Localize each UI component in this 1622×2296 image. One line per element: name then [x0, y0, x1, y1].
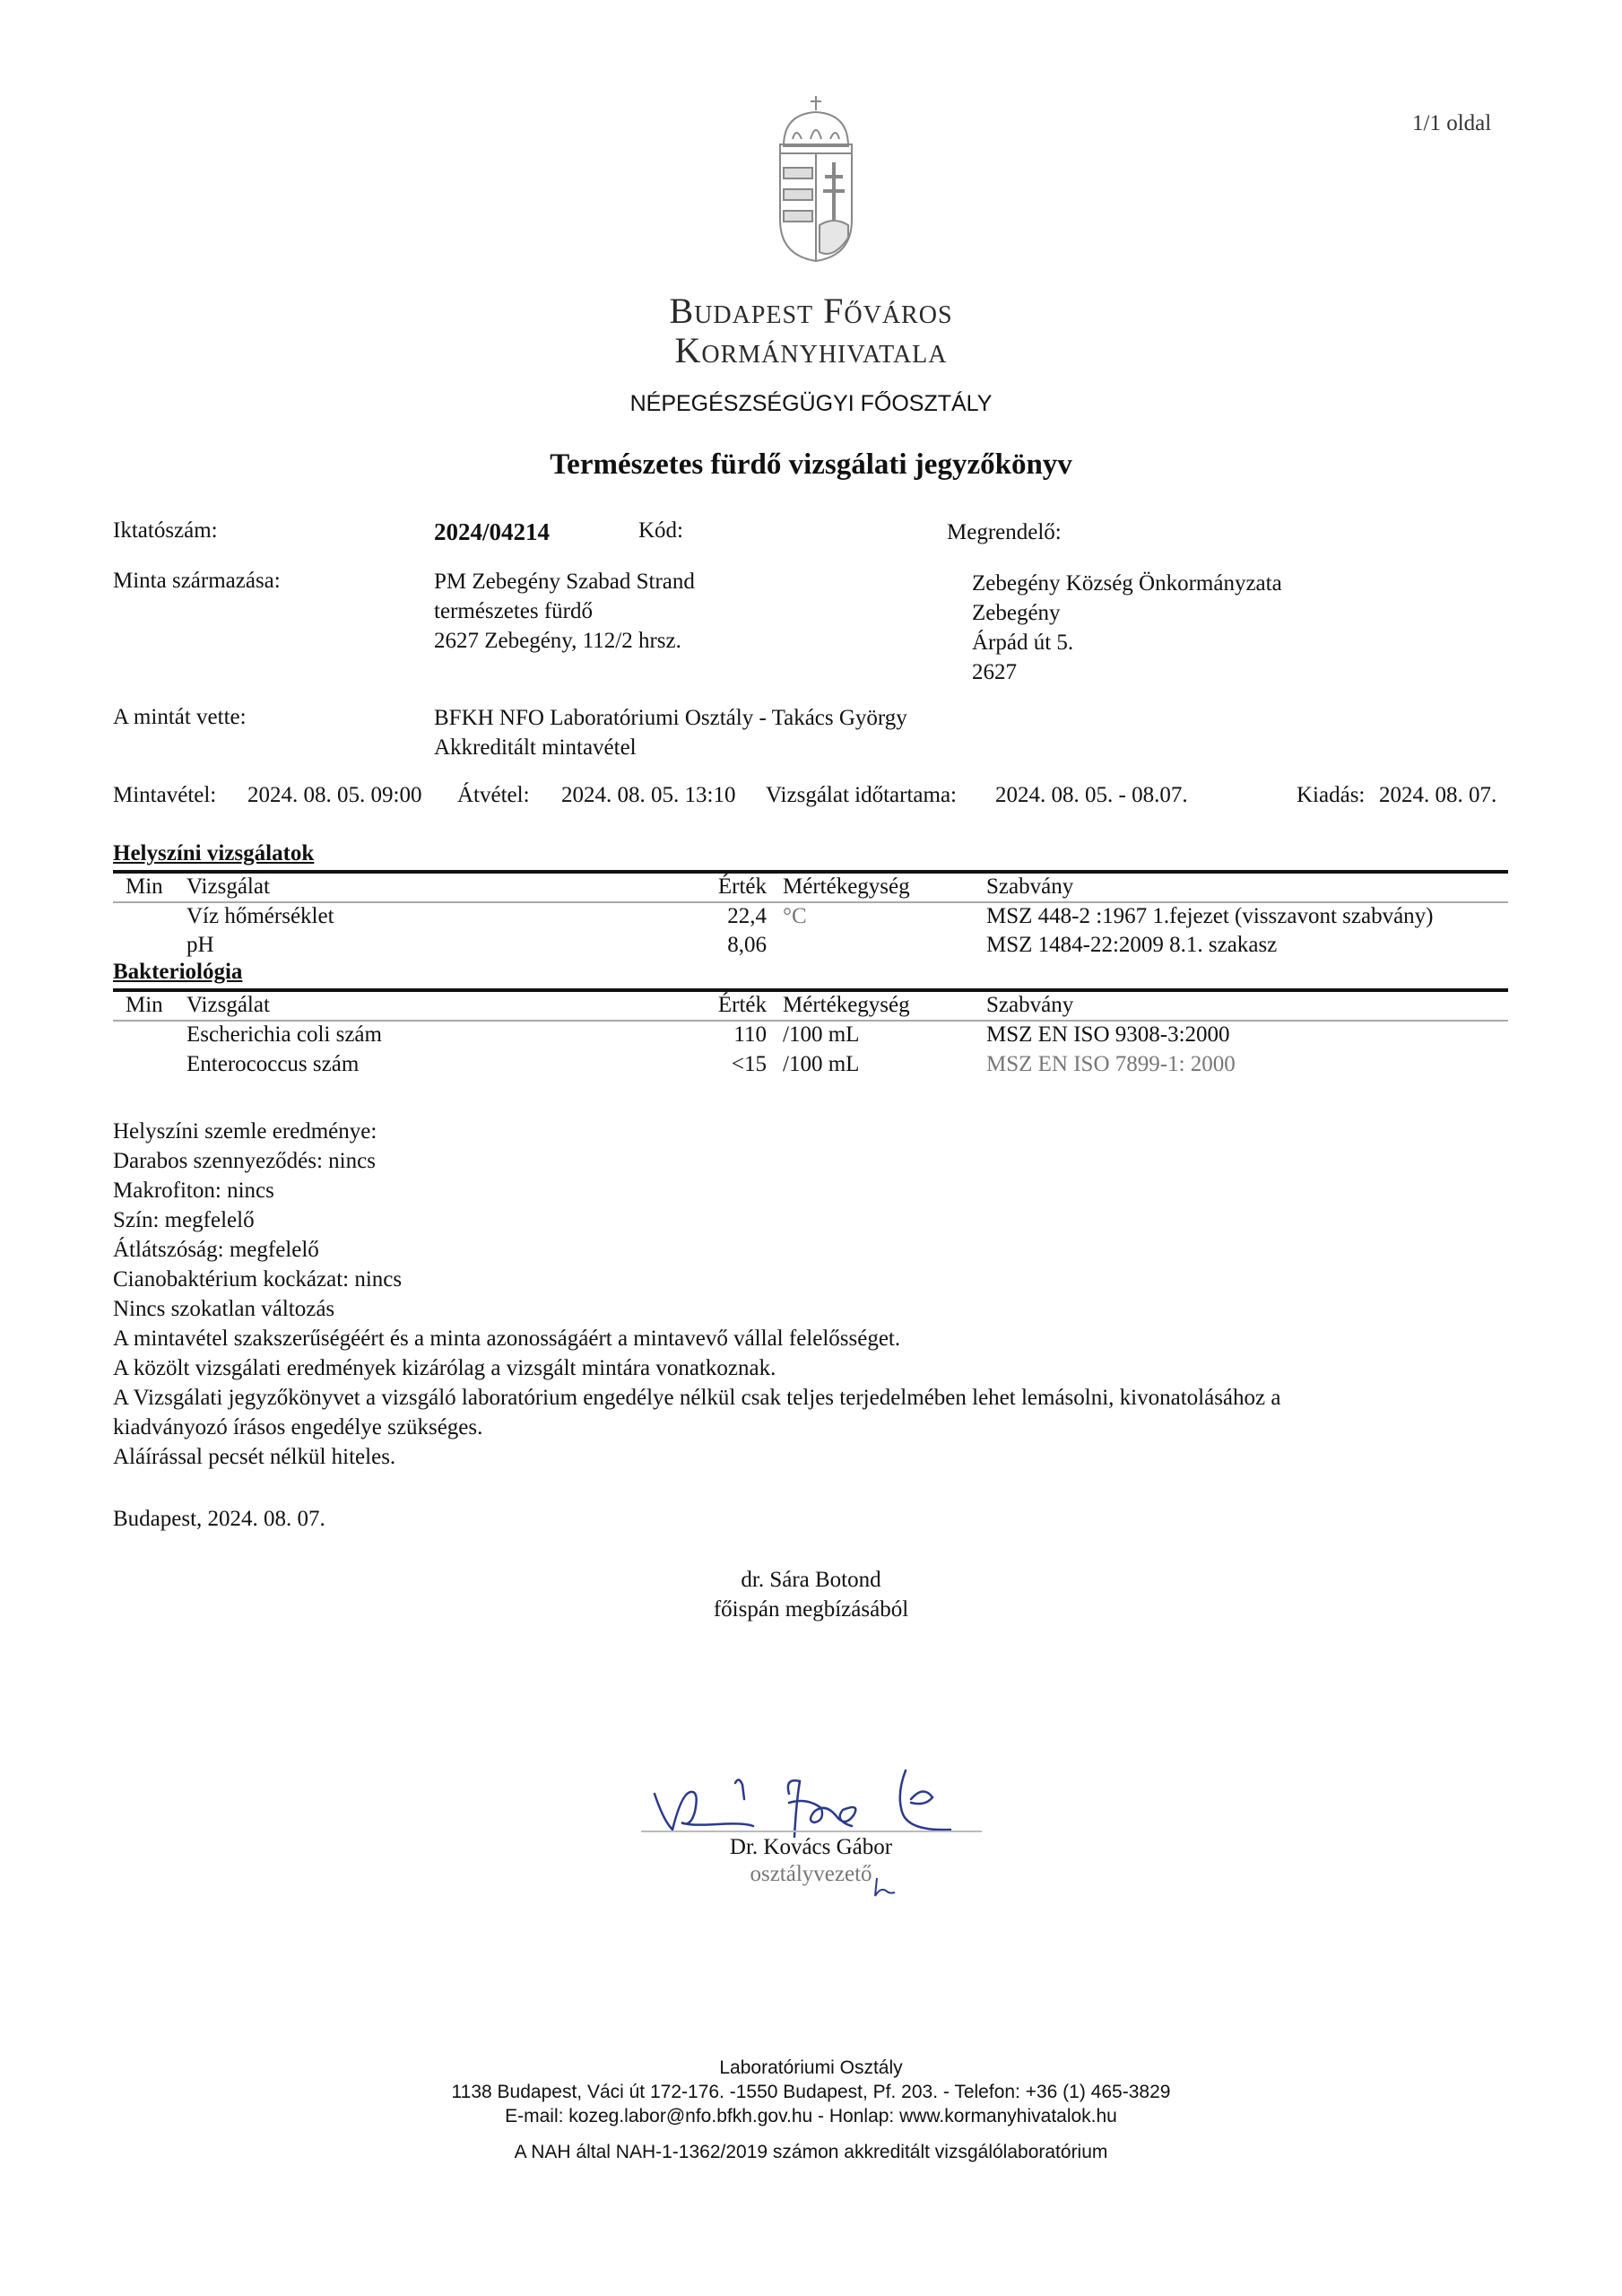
inspection-line: Makrofiton: nincs: [113, 1176, 1512, 1205]
idotartam-label: Vizsgálat időtartama:: [766, 783, 957, 808]
megrendelo-line: Árpád út 5.: [972, 628, 1282, 657]
table-row-unit: /100 mL: [783, 1052, 859, 1077]
footer-accreditation: A NAH által NAH-1-1362/2019 számon akkre…: [0, 2142, 1622, 2163]
kiadas-label: Kiadás:: [1297, 783, 1365, 808]
page-number: 1/1 oldal: [1412, 111, 1491, 136]
mintavetel-label: Mintavétel:: [113, 783, 216, 808]
inspection-notes: Helyszíni szemle eredménye: Darabos szen…: [113, 1117, 1512, 1472]
megrendelo-line: Zebegény Község Önkormányzata: [972, 569, 1282, 598]
minta-szarmazasa-label: Minta származása:: [113, 569, 281, 594]
initials-icon: [872, 1874, 898, 1906]
inspection-line: Helyszíni szemle eredménye:: [113, 1117, 1512, 1146]
signatory-name: dr. Sára Botond: [0, 1565, 1622, 1595]
table-row-unit: /100 mL: [783, 1022, 859, 1048]
section-title-bakteriologia: Bakteriológia: [113, 960, 242, 985]
iktatoszam-label: Iktatószám:: [113, 518, 218, 544]
header-rule: [113, 901, 1508, 903]
organization-name-line2: Kormányhivatala: [0, 329, 1622, 371]
header-rule: [113, 1020, 1508, 1022]
table-row-value: <15: [664, 1052, 767, 1077]
megrendelo-line: 2627: [972, 657, 1282, 687]
coat-of-arms-icon: [771, 94, 861, 265]
table-row-unit: °C: [783, 904, 807, 929]
signatory-role: osztályvezető: [0, 1861, 1622, 1888]
organization-name-line1: Budapest Főváros: [0, 290, 1622, 332]
column-header-test: Vizsgálat: [186, 874, 270, 900]
megrendelo-line: Zebegény: [972, 598, 1282, 628]
signatory-osztalyvezeto: Dr. Kovács Gábor osztályvezető: [0, 1834, 1622, 1888]
iktatoszam-value: 2024/04214: [434, 518, 550, 546]
megrendelo-value: Zebegény Község Önkormányzata Zebegény Á…: [972, 569, 1282, 687]
section-rule: [113, 870, 1508, 874]
table-row-test: Víz hőmérséklet: [186, 904, 334, 929]
mintat-vette-label: A mintát vette:: [113, 705, 247, 730]
minta-szarmazasa-line: 2627 Zebegény, 112/2 hrsz.: [434, 626, 695, 656]
column-header-min: Min: [126, 993, 163, 1018]
signatory-name: Dr. Kovács Gábor: [0, 1834, 1622, 1861]
table-row-test: Enterococcus szám: [186, 1052, 359, 1077]
table-row-test: pH: [186, 933, 214, 958]
minta-szarmazasa-line: PM Zebegény Szabad Strand: [434, 567, 695, 596]
mintat-vette-value: BFKH NFO Laboratóriumi Osztály - Takács …: [434, 703, 907, 762]
inspection-line: Nincs szokatlan változás: [113, 1294, 1512, 1324]
footer-department: Laboratóriumi Osztály: [0, 2056, 1622, 2080]
disclaimer-line: kiadványozó írásos engedélye szükséges.: [113, 1413, 1512, 1442]
kiadas-value: 2024. 08. 07.: [1379, 783, 1496, 808]
table-row-value: 22,4: [664, 904, 767, 929]
inspection-line: Szín: megfelelő: [113, 1205, 1512, 1235]
footer-address: 1138 Budapest, Váci út 172-176. -1550 Bu…: [0, 2080, 1622, 2104]
inspection-line: Cianobaktérium kockázat: nincs: [113, 1265, 1512, 1294]
table-row-standard: MSZ 448-2 :1967 1.fejezet (visszavont sz…: [986, 904, 1434, 929]
column-header-standard: Szabvány: [986, 993, 1073, 1018]
megrendelo-label: Megrendelő:: [947, 520, 1062, 545]
mintat-vette-line: Akkreditált mintavétel: [434, 733, 907, 762]
column-header-min: Min: [126, 874, 163, 900]
atvetel-value: 2024. 08. 05. 13:10: [561, 783, 735, 808]
signatory-ispan: dr. Sára Botond főispán megbízásából: [0, 1565, 1622, 1624]
column-header-value: Érték: [664, 993, 767, 1018]
footer-email-web: E-mail: kozeg.labor@nfo.bfkh.gov.hu - Ho…: [0, 2104, 1622, 2128]
column-header-value: Érték: [664, 874, 767, 900]
table-row-standard: MSZ EN ISO 9308-3:2000: [986, 1022, 1230, 1048]
disclaimer-line: Aláírással pecsét nélkül hiteles.: [113, 1442, 1512, 1472]
kod-label: Kód:: [638, 518, 683, 544]
mintavetel-value: 2024. 08. 05. 09:00: [247, 783, 421, 808]
idotartam-value: 2024. 08. 05. - 08.07.: [995, 783, 1188, 808]
document-title: Természetes fürdő vizsgálati jegyzőkönyv: [0, 448, 1622, 482]
column-header-unit: Mértékegység: [783, 993, 910, 1018]
disclaimer-line: A mintavétel szakszerűségéért és a minta…: [113, 1324, 1512, 1353]
table-row-value: 8,06: [664, 933, 767, 958]
inspection-line: Darabos szennyeződés: nincs: [113, 1146, 1512, 1176]
column-header-standard: Szabvány: [986, 874, 1073, 900]
section-rule: [113, 988, 1508, 992]
minta-szarmazasa-value: PM Zebegény Szabad Strand természetes fü…: [434, 567, 695, 656]
mintat-vette-line: BFKH NFO Laboratóriumi Osztály - Takács …: [434, 703, 907, 733]
signatory-role: főispán megbízásából: [0, 1595, 1622, 1624]
minta-szarmazasa-line: természetes fürdő: [434, 596, 695, 626]
place-and-date: Budapest, 2024. 08. 07.: [113, 1507, 325, 1532]
table-row-standard: MSZ EN ISO 7899-1: 2000: [986, 1052, 1236, 1077]
table-row-test: Escherichia coli szám: [186, 1022, 382, 1048]
disclaimer-line: A Vizsgálati jegyzőkönyvet a vizsgáló la…: [113, 1383, 1512, 1413]
inspection-line: Átlátszóság: megfelelő: [113, 1235, 1512, 1265]
column-header-unit: Mértékegység: [783, 874, 910, 900]
atvetel-label: Átvétel:: [457, 783, 530, 808]
department-name: NÉPEGÉSZSÉGÜGYI FŐOSZTÁLY: [0, 391, 1622, 417]
table-row-value: 110: [664, 1022, 767, 1048]
signature-line: [641, 1831, 982, 1832]
table-row-standard: MSZ 1484-22:2009 8.1. szakasz: [986, 933, 1277, 958]
disclaimer-line: A közölt vizsgálati eredmények kizárólag…: [113, 1353, 1512, 1383]
column-header-test: Vizsgálat: [186, 993, 270, 1018]
section-title-helyszini: Helyszíni vizsgálatok: [113, 841, 314, 866]
footer-contact: Laboratóriumi Osztály 1138 Budapest, Vác…: [0, 2056, 1622, 2128]
